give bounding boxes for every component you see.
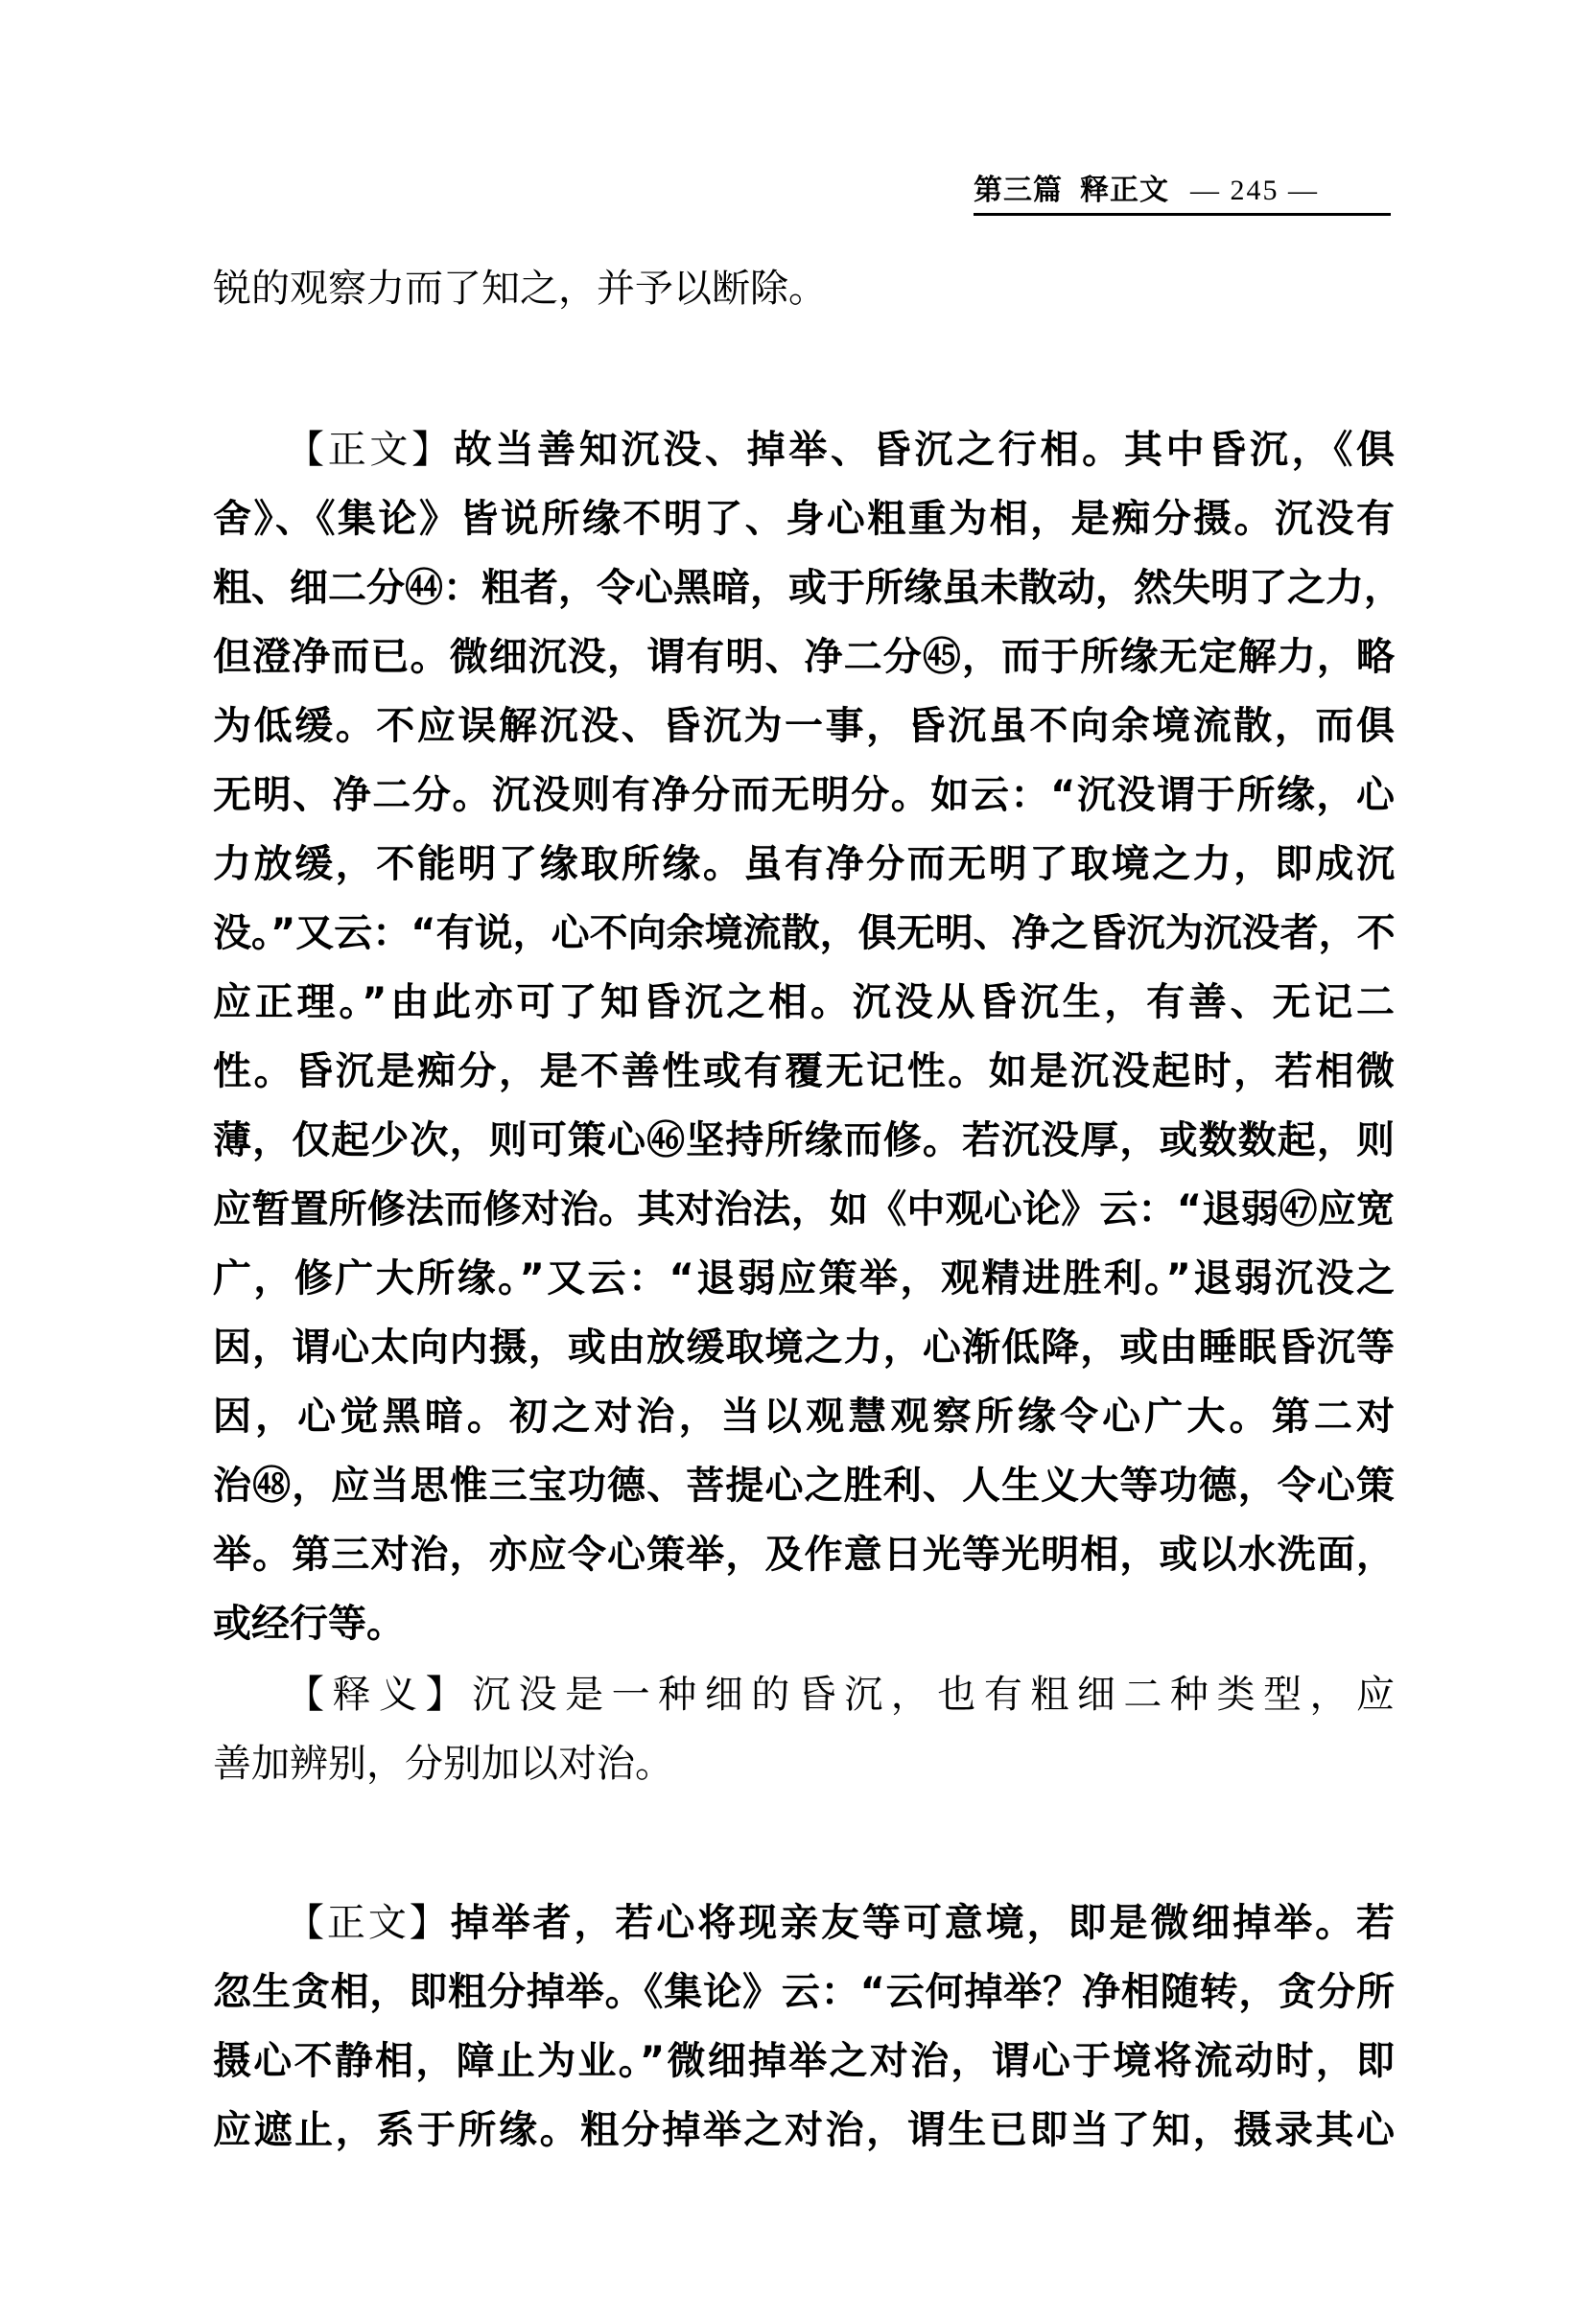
text-line: 【正文】故当善知沉没、掉举、昏沉之行相。其中昏沉，《俱 <box>213 422 1395 478</box>
text-line: 薄，仅起少次，则可策心㊻坚持所缘而修。若沉没厚，或数数起，则 <box>213 1113 1395 1168</box>
text-line: 摄心不静相，障止为业。”微细掉举之对治，谓心于境将流动时，即 <box>213 2033 1395 2089</box>
text-line: 因，谓心太向内摄，或由放缓取境之力，心渐低降，或由睡眠昏沉等 <box>213 1320 1395 1375</box>
text-line: 广，修广大所缘。”又云：“退弱应策举，观精进胜利。”退弱沉没之 <box>213 1251 1395 1306</box>
text-line: 力放缓，不能明了缘取所缘。虽有净分而无明了取境之力，即成沉 <box>213 836 1395 892</box>
text-line: 为低缓。不应误解沉没、昏沉为一事，昏沉虽不向余境流散，而俱 <box>213 698 1395 754</box>
text-line: 举。第三对治，亦应令心策举，及作意日光等光明相，或以水洗面， <box>213 1527 1395 1583</box>
text-line: 应遮止，系于所缘。粗分掉举之对治，谓生已即当了知，摄录其心 <box>213 2102 1395 2158</box>
line-text: 掉举者，若心将现亲友等可意境，即是微细掉举。若 <box>451 1901 1395 1945</box>
text-line: 治㊽，应当思惟三宝功德、菩提心之胜利、人生义大等功德，令心策 <box>213 1458 1395 1513</box>
text-line: 舍》、《集论》皆说所缘不明了、身心粗重为相，是痴分摄。沉没有 <box>213 491 1395 547</box>
text-line: 无明、净二分。沉没则有净分而无明分。如云：“沉没谓于所缘，心 <box>213 767 1395 823</box>
text-line: 善加辨别，分别加以对治。 <box>213 1736 1395 1792</box>
text-line: 应暂置所修法而修对治。其对治法，如《中观心论》云：“退弱㊼应宽 <box>213 1182 1395 1237</box>
running-header: 第三篇 释正文 — 245 — <box>974 169 1391 216</box>
line-text: 沉没是一种细的昏沉，也有粗细二种类型，应 <box>472 1673 1395 1717</box>
text-line: 粗、细二分㊹：粗者，令心黑暗，或于所缘虽未散动，然失明了之力， <box>213 560 1395 616</box>
section-label: 第三篇 <box>974 172 1063 210</box>
text-line: 【正文】掉举者，若心将现亲友等可意境，即是微细掉举。若 <box>213 1895 1395 1951</box>
text-line: 没。”又云：“有说，心不向余境流散，俱无明、净之昏沉为沉没者，不 <box>213 905 1395 961</box>
chapter-title: 释正文 <box>1080 172 1169 210</box>
text-line: 性。昏沉是痴分，是不善性或有覆无记性。如是沉没起时，若相微 <box>213 1043 1395 1099</box>
text-line: 锐的观察力而了知之，并予以断除。 <box>213 261 1395 317</box>
section-tag-zhengwen: 【正文】 <box>286 428 454 472</box>
line-text: 故当善知沉没、掉举、昏沉之行相。其中昏沉，《俱 <box>454 428 1395 472</box>
section-tag-shiyi: 【释义】 <box>286 1673 472 1717</box>
text-line: 或经行等。 <box>213 1596 1395 1652</box>
text-line: 应正理。”由此亦可了知昏沉之相。沉没从昏沉生，有善、无记二 <box>213 974 1395 1030</box>
section-tag-zhengwen: 【正文】 <box>286 1901 451 1945</box>
text-line: 忽生贪相，即粗分掉举。《集论》云：“云何掉举？净相随转，贪分所 <box>213 1964 1395 2020</box>
text-line: 【释义】沉没是一种细的昏沉，也有粗细二种类型，应 <box>213 1667 1395 1723</box>
text-line: 但澄净而已。微细沉没，谓有明、净二分㊺，而于所缘无定解力，略 <box>213 629 1395 685</box>
page-number: — 245 — <box>1190 172 1319 210</box>
text-line: 因，心觉黑暗。初之对治，当以观慧观察所缘令心广大。第二对 <box>213 1389 1395 1444</box>
